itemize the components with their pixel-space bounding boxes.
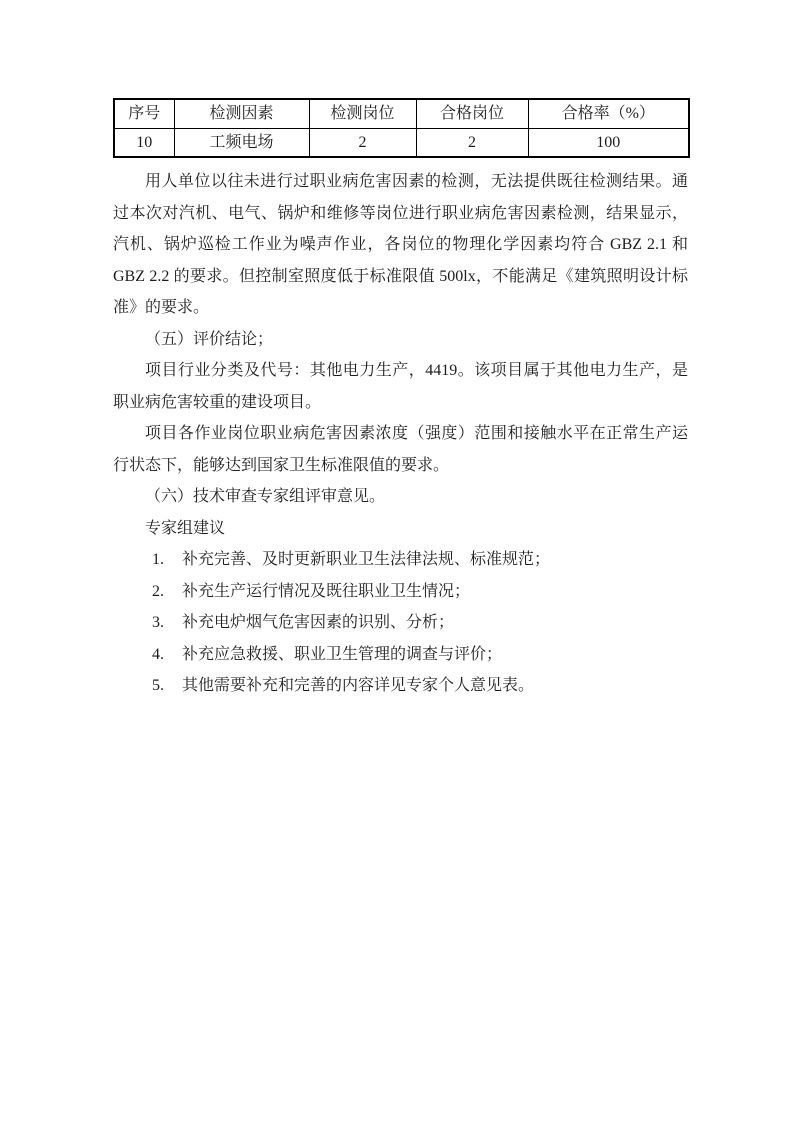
list-item-text: 其他需要补充和完善的内容详见专家个人意见表。 — [182, 677, 534, 694]
list-item-number: 1. — [152, 544, 164, 576]
list-item-number: 3. — [152, 607, 164, 639]
cell-qualified-rate: 100 — [528, 128, 689, 157]
header-serial-number: 序号 — [114, 99, 174, 128]
cell-qualified-posts: 2 — [416, 128, 528, 157]
document-content: 序号 检测因素 检测岗位 合格岗位 合格率（%） 10 工频电场 2 2 100… — [113, 98, 688, 702]
table-row: 10 工频电场 2 2 100 — [114, 128, 689, 157]
list-item-text: 补充完善、及时更新职业卫生法律法规、标准规范； — [182, 551, 550, 568]
header-detection-factor: 检测因素 — [174, 99, 309, 128]
section-heading-expert-review: （六）技术审查专家组评审意见。 — [113, 481, 688, 513]
list-item-text: 补充应急救援、职业卫生管理的调查与评价； — [182, 646, 502, 663]
paragraph-exposure-levels: 项目各作业岗位职业病危害因素浓度（强度）范围和接触水平在正常生产运行状态下，能够… — [113, 418, 688, 481]
subheading-expert-group-suggestions: 专家组建议 — [113, 513, 688, 545]
list-item-number: 5. — [152, 670, 164, 702]
cell-serial-number: 10 — [114, 128, 174, 157]
list-item-number: 4. — [152, 639, 164, 671]
document-page: 序号 检测因素 检测岗位 合格岗位 合格率（%） 10 工频电场 2 2 100… — [0, 0, 800, 1131]
body-text: 用人单位以往未进行过职业病危害因素的检测，无法提供既往检测结果。通过本次对汽机、… — [113, 166, 688, 702]
list-item: 4. 补充应急救援、职业卫生管理的调查与评价； — [113, 639, 688, 671]
header-detected-posts: 检测岗位 — [309, 99, 416, 128]
cell-detection-factor: 工频电场 — [174, 128, 309, 157]
list-item: 1. 补充完善、及时更新职业卫生法律法规、标准规范； — [113, 544, 688, 576]
list-item-text: 补充生产运行情况及既往职业卫生情况； — [182, 583, 470, 600]
header-qualified-rate: 合格率（%） — [528, 99, 689, 128]
detection-results-table: 序号 检测因素 检测岗位 合格岗位 合格率（%） 10 工频电场 2 2 100 — [113, 98, 690, 158]
table-header-row: 序号 检测因素 检测岗位 合格岗位 合格率（%） — [114, 99, 689, 128]
cell-detected-posts: 2 — [309, 128, 416, 157]
list-item: 5. 其他需要补充和完善的内容详见专家个人意见表。 — [113, 670, 688, 702]
list-item: 2. 补充生产运行情况及既往职业卫生情况； — [113, 576, 688, 608]
list-item-number: 2. — [152, 576, 164, 608]
section-heading-evaluation-conclusion: （五）评价结论； — [113, 324, 688, 356]
paragraph-detection-summary: 用人单位以往未进行过职业病危害因素的检测，无法提供既往检测结果。通过本次对汽机、… — [113, 166, 688, 324]
list-item-text: 补充电炉烟气危害因素的识别、分析； — [182, 614, 454, 631]
paragraph-industry-classification: 项目行业分类及代号：其他电力生产，4419。该项目属于其他电力生产，是职业病危害… — [113, 355, 688, 418]
list-item: 3. 补充电炉烟气危害因素的识别、分析； — [113, 607, 688, 639]
header-qualified-posts: 合格岗位 — [416, 99, 528, 128]
